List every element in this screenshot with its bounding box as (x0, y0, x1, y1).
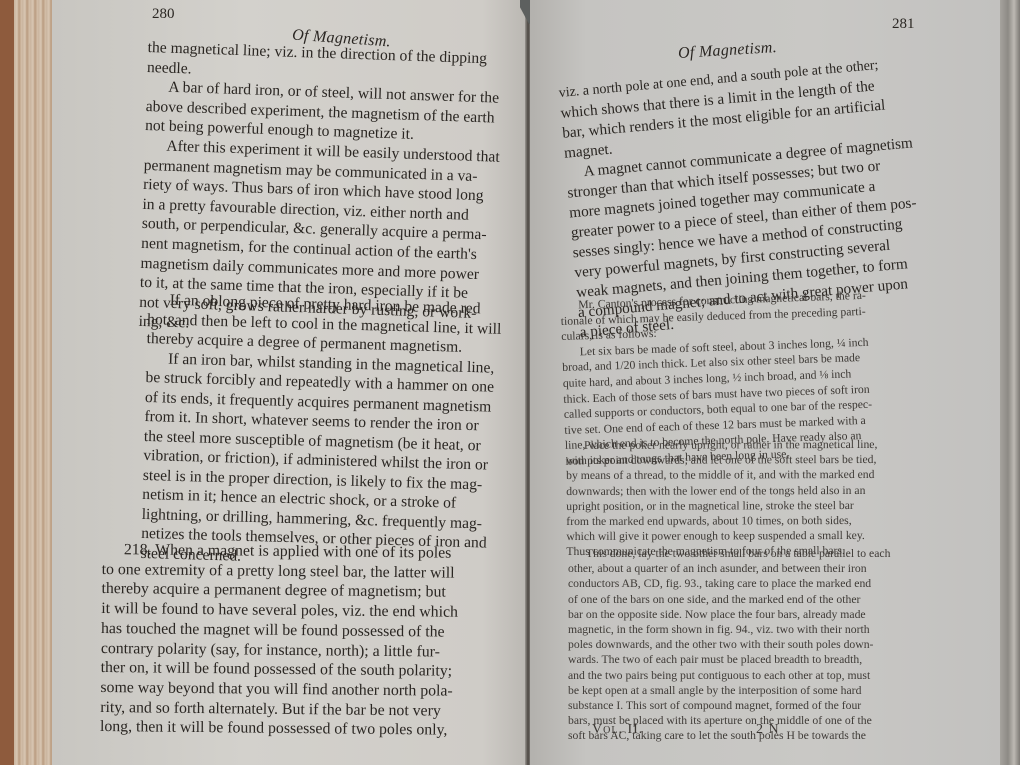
right-paragraphs-3: Place the poker nearly upright, or rathe… (566, 437, 966, 560)
book-right-edge (1000, 0, 1020, 765)
text-line: which will give it power enough to keep … (566, 528, 966, 545)
right-page: 281 Of Magnetism. viz. a north pole at o… (530, 0, 1000, 765)
text-line: bar on the opposite side. Now place the … (568, 607, 968, 622)
text-line: and the two pairs being put contiguous t… (568, 668, 968, 683)
left-page: 280 Of Magnetism. the magnetical line; v… (52, 0, 530, 765)
left-paragraphs-3: 218. When a magnet is applied with one o… (100, 540, 512, 741)
text-line: This done, lay the two other small bars … (568, 546, 968, 561)
footer-volume: Vol. II. (592, 722, 643, 738)
page-number-right: 281 (892, 16, 915, 33)
text-line: from the marked end upwards, about 10 ti… (566, 513, 966, 530)
footer-signature: 2 N (756, 722, 780, 738)
text-line: with its point downwards; and let one of… (566, 452, 966, 469)
text-line: wards. The two of each pair must be plac… (568, 652, 968, 667)
right-paragraphs-4: This done, lay the two other small bars … (568, 546, 968, 744)
text-line: be kept open at a small angle by the int… (568, 683, 968, 698)
text-line: of one of the bars on one side, and the … (568, 592, 968, 607)
left-paragraphs-2: If an oblong piece of pretty hard iron b… (140, 290, 530, 575)
text-line: downwards; then with the lower end of th… (566, 482, 966, 499)
text-line: other, about a quarter of an inch asunde… (568, 561, 968, 576)
text-line: conductors AB, CD, fig. 93., taking care… (568, 576, 968, 591)
text-line: upright position, or in the magnetical l… (566, 497, 966, 514)
text-line: Place the poker nearly upright, or rathe… (566, 437, 966, 454)
text-line: poles downwards, and the other two with … (568, 637, 968, 652)
text-line: substance I. This sort of compound magne… (568, 698, 968, 713)
text-line: magnetic, in the form shown in fig. 94.,… (568, 622, 968, 637)
page-number-left: 280 (152, 6, 175, 23)
running-head-right: Of Magnetism. (678, 39, 778, 63)
text-line: long, then it will be found possessed of… (100, 717, 510, 741)
text-line: by means of a thread, to the middle of i… (566, 467, 966, 484)
